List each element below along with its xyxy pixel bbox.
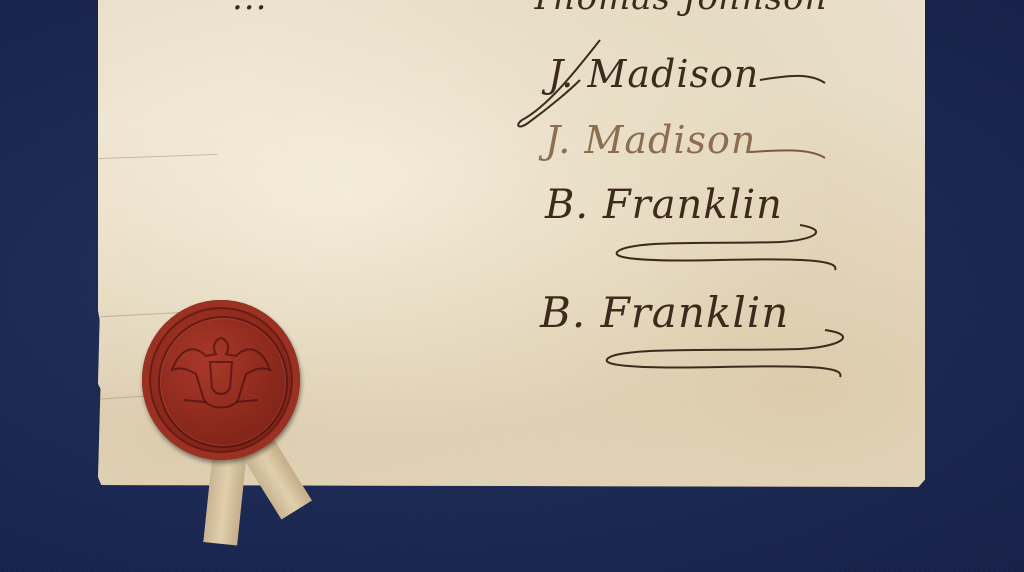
- eagle-emblem-icon: [166, 330, 276, 430]
- madison-faded-flourish: [700, 140, 840, 170]
- signature-johnson-partial: Thomas Johnson: [530, 0, 828, 18]
- franklin-second-flourish: [590, 325, 870, 385]
- signature-marbury-partial: ...: [232, 0, 267, 18]
- wax-seal: [142, 300, 300, 460]
- paper-crease: [98, 154, 218, 159]
- franklin-flourish: [600, 220, 850, 280]
